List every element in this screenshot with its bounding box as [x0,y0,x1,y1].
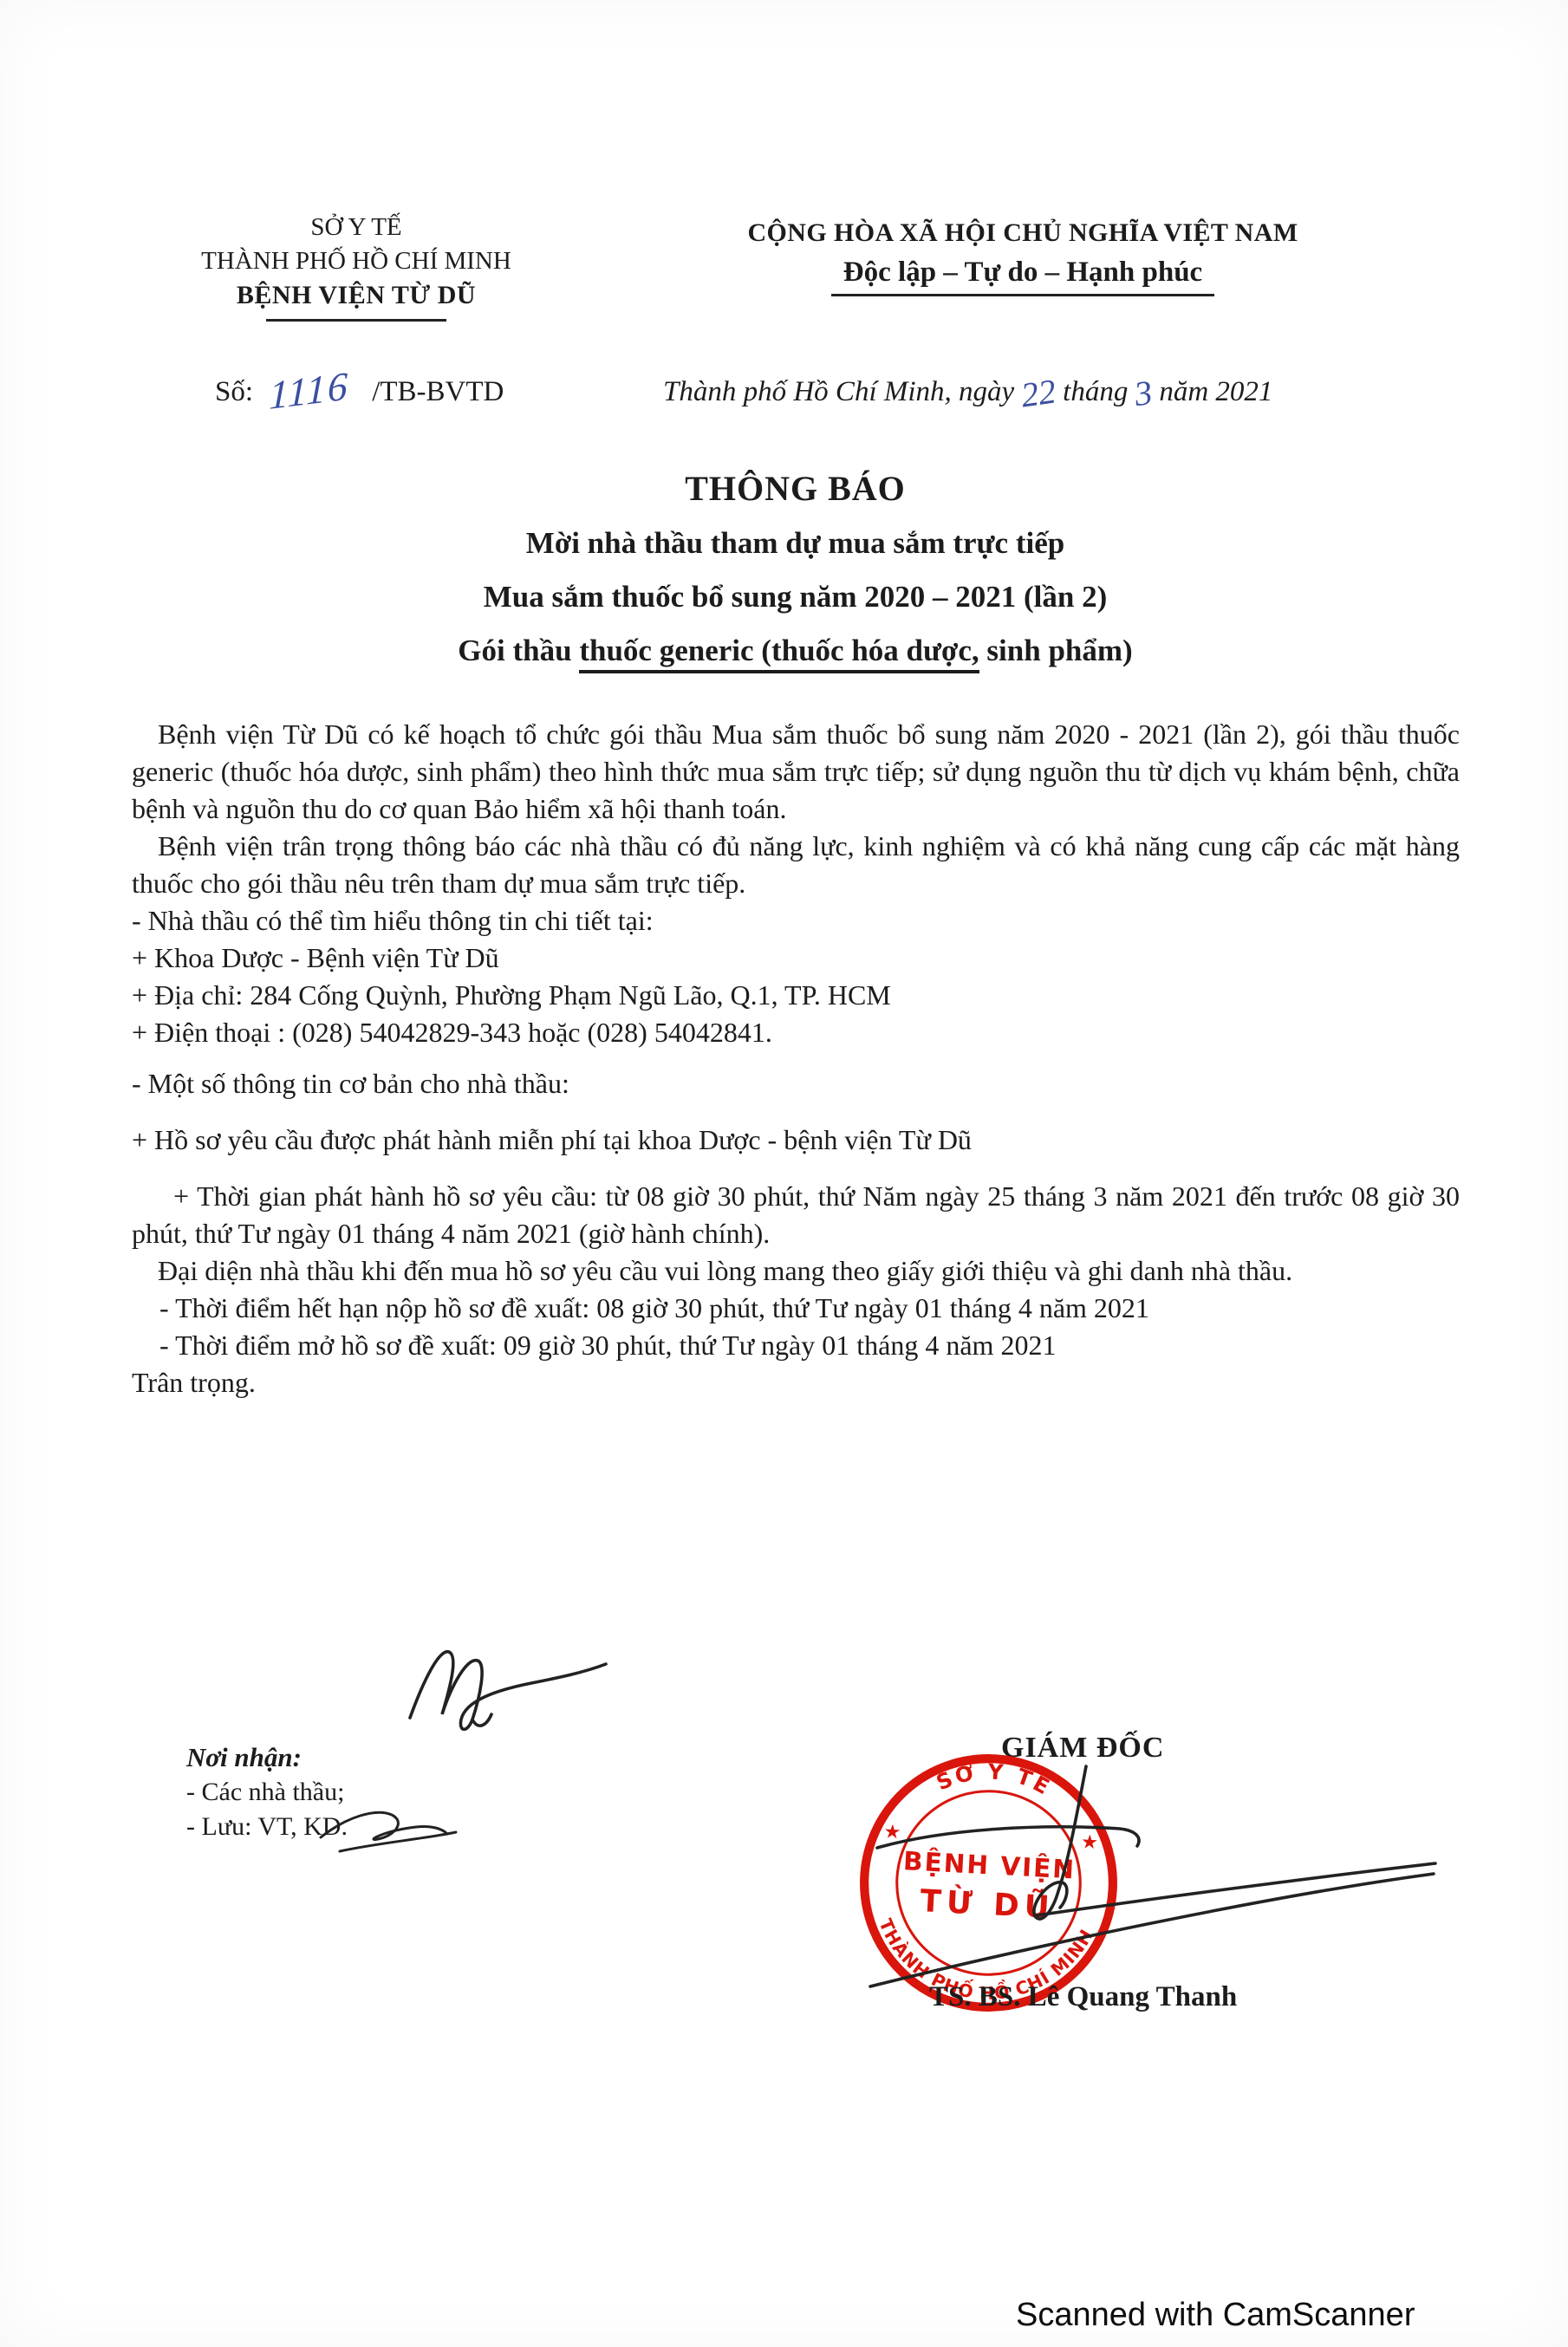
initials-stroke [321,1812,447,1839]
title-line-3: Mua sắm thuốc bổ sung năm 2020 – 2021 (l… [22,580,1568,614]
flourish-stroke [410,1652,606,1730]
date-year: năm 2021 [1159,376,1272,407]
doc-number-suffix: /TB-BVTD [372,376,504,407]
body-dash-item: - Một số thông tin cơ bản cho nhà thầu: [132,1065,1460,1102]
clerk-initials-handwriting [310,1801,475,1862]
date-prefix: Thành phố Hồ Chí Minh, ngày [663,376,1014,407]
body-plus-item: + Khoa Dược - Bệnh viện Từ Dũ [132,939,1460,977]
scanner-watermark: Scanned with CamScanner [1016,2297,1415,2334]
title-line4-underlined: thuốc generic (thuốc hóa dược, [579,634,979,673]
signature-tall-slash [1034,1766,1086,1919]
title-line-2: Mời nhà thầu tham dự mua sắm trực tiếp [22,526,1568,561]
document-body: Bệnh viện Từ Dũ có kế hoạch tổ chức gói … [132,716,1460,1401]
body-plus-item: + Điện thoại : (028) 54042829-343 hoặc (… [132,1014,1460,1051]
title-line4-suffix: sinh phẩm) [979,634,1133,667]
agency-line-1: SỞ Y TẾ [195,211,517,244]
agency-line-2: THÀNH PHỐ HỒ CHÍ MINH [195,244,517,278]
body-paragraph: Bệnh viện Từ Dũ có kế hoạch tổ chức gói … [132,716,1460,828]
place-date-line: Thành phố Hồ Chí Minh, ngày22tháng3năm 2… [663,373,1469,413]
recipients-title: Nơi nhận: [186,1740,348,1775]
agency-line-3: BỆNH VIỆN TỪ DŨ [195,278,517,312]
date-day-handwritten: 22 [1018,370,1058,415]
national-header-block: CỘNG HÒA XÃ HỘI CHỦ NGHĨA VIỆT NAM Độc l… [689,218,1357,296]
doc-number-handwritten: 1116 [269,362,349,419]
closing-signature-flourish [394,1635,620,1739]
body-plus-item: + Hồ sơ yêu cầu được phát hành miễn phí … [132,1121,1460,1159]
flourish-descender [472,1714,491,1726]
title-line-4: Gói thầu thuốc generic (thuốc hóa dược, … [22,634,1568,668]
closing-salutation: Trân trọng. [132,1364,1460,1401]
title-line4-prefix: Gói thầu [458,634,579,667]
national-motto: Độc lập – Tự do – Hạnh phúc [831,257,1214,296]
initials-underline [340,1832,456,1851]
date-month-word: tháng [1063,376,1128,407]
scanned-document-page: SỞ Y TẾ THÀNH PHỐ HỒ CHÍ MINH BỆNH VIỆN … [0,0,1568,2347]
body-dash-item: - Thời điểm mở hồ sơ đề xuất: 09 giờ 30 … [132,1327,1460,1364]
date-month-handwritten: 3 [1132,372,1155,414]
body-dash-item: - Nhà thầu có thể tìm hiểu thông tin chi… [132,902,1460,939]
national-title: CỘNG HÒA XÃ HỘI CHỦ NGHĨA VIỆT NAM [689,218,1357,248]
signature-return-stroke [870,1874,1434,1986]
agency-underline [266,319,446,322]
document-title-block: THÔNG BÁO Mời nhà thầu tham dự mua sắm t… [22,468,1568,668]
body-paragraph: Đại diện nhà thầu khi đến mua hồ sơ yêu … [132,1252,1460,1290]
issuing-agency-block: SỞ Y TẾ THÀNH PHỐ HỒ CHÍ MINH BỆNH VIỆN … [195,211,517,322]
body-plus-paragraph: + Thời gian phát hành hồ sơ yêu cầu: từ … [132,1178,1460,1252]
title-main: THÔNG BÁO [22,468,1568,509]
body-plus-item: + Địa chỉ: 284 Cống Quỳnh, Phường Phạm N… [132,977,1460,1014]
document-number-line: Số:1116/TB-BVTD [215,367,504,413]
signer-name: TS. BS. Lê Quang Thanh [929,1981,1237,2013]
body-paragraph: Bệnh viện trân trọng thông báo các nhà t… [132,828,1460,902]
doc-number-label: Số: [215,376,253,407]
signature-cross-stroke [877,1827,1139,1848]
body-dash-item: - Thời điểm hết hạn nộp hồ sơ đề xuất: 0… [132,1290,1460,1327]
